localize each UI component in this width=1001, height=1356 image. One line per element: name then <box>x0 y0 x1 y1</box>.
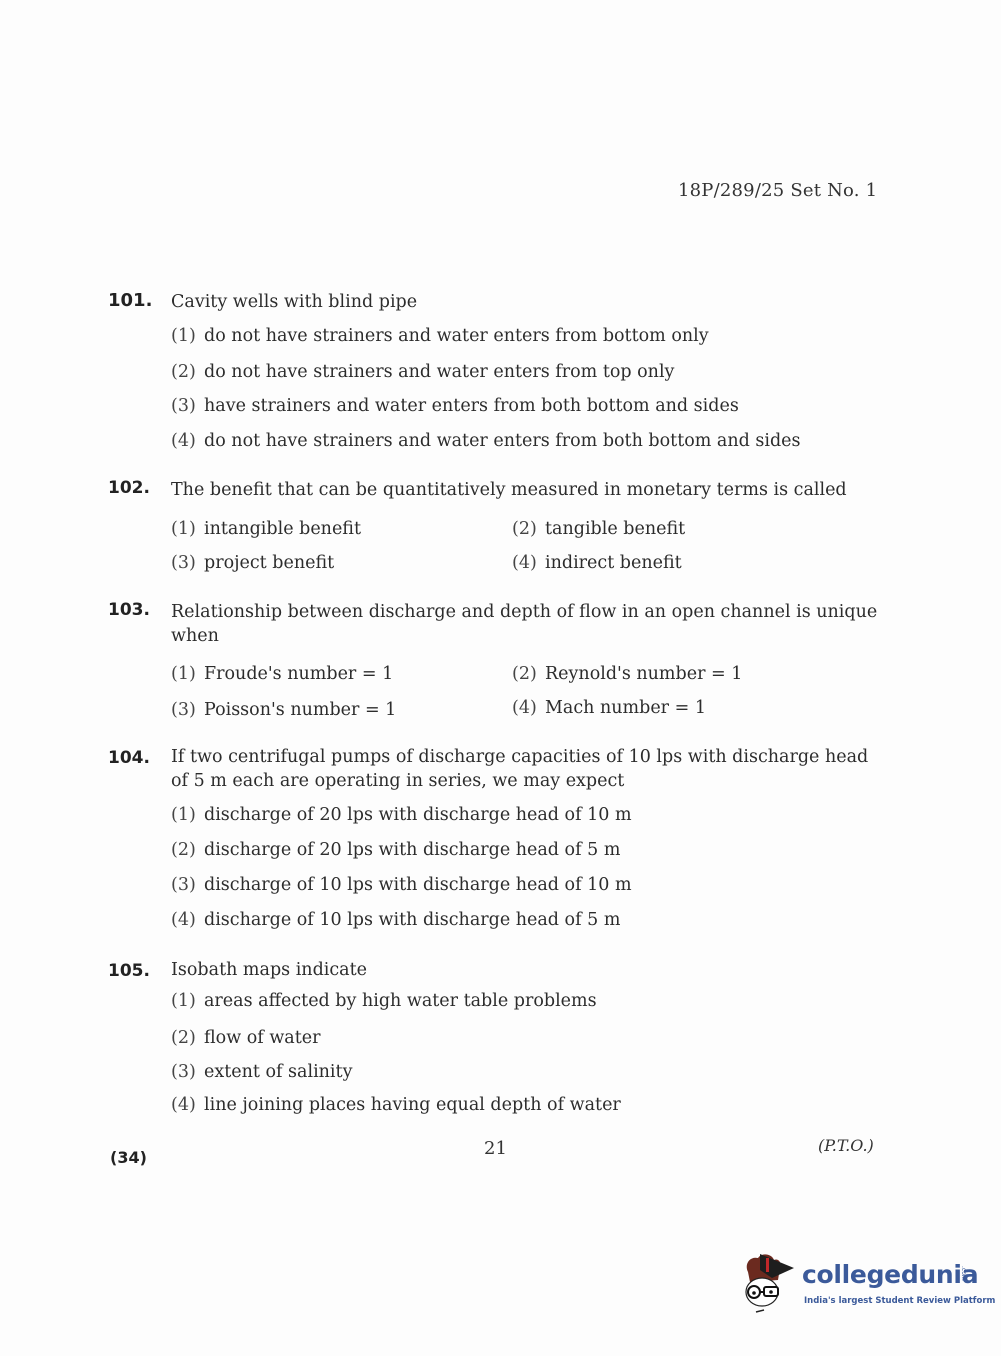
option-2: (2)flow of water <box>171 1028 321 1048</box>
option-text: do not have strainers and water enters f… <box>204 431 801 451</box>
option-label: (2) <box>171 1028 204 1048</box>
option-label: (3) <box>171 1062 204 1082</box>
option-3: (3)Poisson's number = 1 <box>171 700 396 720</box>
option-label: (3) <box>171 700 204 720</box>
option-2: (2)discharge of 20 lps with discharge he… <box>171 840 620 860</box>
option-label: (3) <box>171 875 204 895</box>
option-3: (3)extent of salinity <box>171 1062 352 1082</box>
pto-note: (P.T.O.) <box>818 1136 874 1155</box>
option-label: (2) <box>171 840 204 860</box>
option-text: Poisson's number = 1 <box>204 700 396 720</box>
option-text: areas affected by high water table probl… <box>204 991 597 1011</box>
question-103: 103. Relationship between discharge and … <box>108 600 888 725</box>
question-text: If two centrifugal pumps of discharge ca… <box>171 745 881 793</box>
option-4: (4)indirect benefit <box>512 553 682 573</box>
option-label: (1) <box>171 991 204 1011</box>
option-text: indirect benefit <box>545 553 682 573</box>
option-4: (4)discharge of 10 lps with discharge he… <box>171 910 620 930</box>
option-4: (4)do not have strainers and water enter… <box>171 431 801 451</box>
option-text: discharge of 10 lps with discharge head … <box>204 875 632 895</box>
paper-code: 18P/289/25 Set No. 1 <box>678 180 877 201</box>
option-label: (3) <box>171 553 204 573</box>
option-label: (1) <box>171 326 204 346</box>
option-3: (3)project benefit <box>171 553 334 573</box>
option-text: extent of salinity <box>204 1062 352 1082</box>
option-1: (1)Froude's number = 1 <box>171 664 393 684</box>
option-text: discharge of 20 lps with discharge head … <box>204 840 620 860</box>
option-label: (2) <box>171 362 204 382</box>
brand-tagline: India's largest Student Review Platform <box>804 1296 995 1306</box>
option-text: Reynold's number = 1 <box>545 664 742 684</box>
question-text: The benefit that can be quantitatively m… <box>171 478 881 502</box>
option-label: (1) <box>171 664 204 684</box>
option-1: (1)discharge of 20 lps with discharge he… <box>171 805 632 825</box>
question-101: 101. Cavity wells with blind pipe (1)do … <box>108 290 888 460</box>
page-number: 21 <box>484 1138 507 1159</box>
option-label: (4) <box>512 698 545 718</box>
option-text: line joining places having equal depth o… <box>204 1095 621 1115</box>
option-2: (2)tangible benefit <box>512 519 685 539</box>
option-1: (1)areas affected by high water table pr… <box>171 991 597 1011</box>
option-2: (2)do not have strainers and water enter… <box>171 362 674 382</box>
option-2: (2)Reynold's number = 1 <box>512 664 742 684</box>
question-number: 102. <box>108 478 150 498</box>
question-number: 103. <box>108 600 150 620</box>
option-1: (1)intangible benefit <box>171 519 361 539</box>
option-text: tangible benefit <box>545 519 685 539</box>
booklet-code: (34) <box>110 1148 147 1167</box>
option-label: (4) <box>171 1095 204 1115</box>
option-label: (1) <box>171 519 204 539</box>
option-label: (4) <box>171 431 204 451</box>
option-4: (4)line joining places having equal dept… <box>171 1095 621 1115</box>
question-number: 105. <box>108 961 150 981</box>
option-text: Mach number = 1 <box>545 698 706 718</box>
exam-page: 18P/289/25 Set No. 1 101. Cavity wells w… <box>0 0 1001 1356</box>
option-text: do not have strainers and water enters f… <box>204 362 674 382</box>
option-text: Froude's number = 1 <box>204 664 393 684</box>
question-number: 101. <box>108 290 152 311</box>
brand-name: collegedunia <box>802 1260 978 1289</box>
option-3: (3)have strainers and water enters from … <box>171 396 739 416</box>
option-text: flow of water <box>204 1028 321 1048</box>
question-105: 105. Isobath maps indicate (1)areas affe… <box>108 958 888 1123</box>
option-text: discharge of 10 lps with discharge head … <box>204 910 620 930</box>
question-text: Relationship between discharge and depth… <box>171 600 881 648</box>
option-4: (4)Mach number = 1 <box>512 698 706 718</box>
brand-domain-suffix: .com <box>960 1266 967 1281</box>
option-label: (1) <box>171 805 204 825</box>
option-label: (2) <box>512 519 545 539</box>
collegedunia-watermark: collegedunia .com India's largest Studen… <box>742 1250 972 1320</box>
graduate-mascot-icon <box>742 1250 802 1318</box>
option-label: (4) <box>171 910 204 930</box>
option-label: (3) <box>171 396 204 416</box>
option-text: do not have strainers and water enters f… <box>204 326 709 346</box>
option-text: project benefit <box>204 553 334 573</box>
option-label: (2) <box>512 664 545 684</box>
option-text: discharge of 20 lps with discharge head … <box>204 805 632 825</box>
question-102: 102. The benefit that can be quantitativ… <box>108 478 888 578</box>
question-number: 104. <box>108 748 150 768</box>
option-text: intangible benefit <box>204 519 361 539</box>
option-3: (3)discharge of 10 lps with discharge he… <box>171 875 632 895</box>
option-1: (1)do not have strainers and water enter… <box>171 326 709 346</box>
question-104: 104. If two centrifugal pumps of dischar… <box>108 745 888 935</box>
option-label: (4) <box>512 553 545 573</box>
option-text: have strainers and water enters from bot… <box>204 396 739 416</box>
question-text: Cavity wells with blind pipe <box>171 290 881 314</box>
question-text: Isobath maps indicate <box>171 958 881 982</box>
